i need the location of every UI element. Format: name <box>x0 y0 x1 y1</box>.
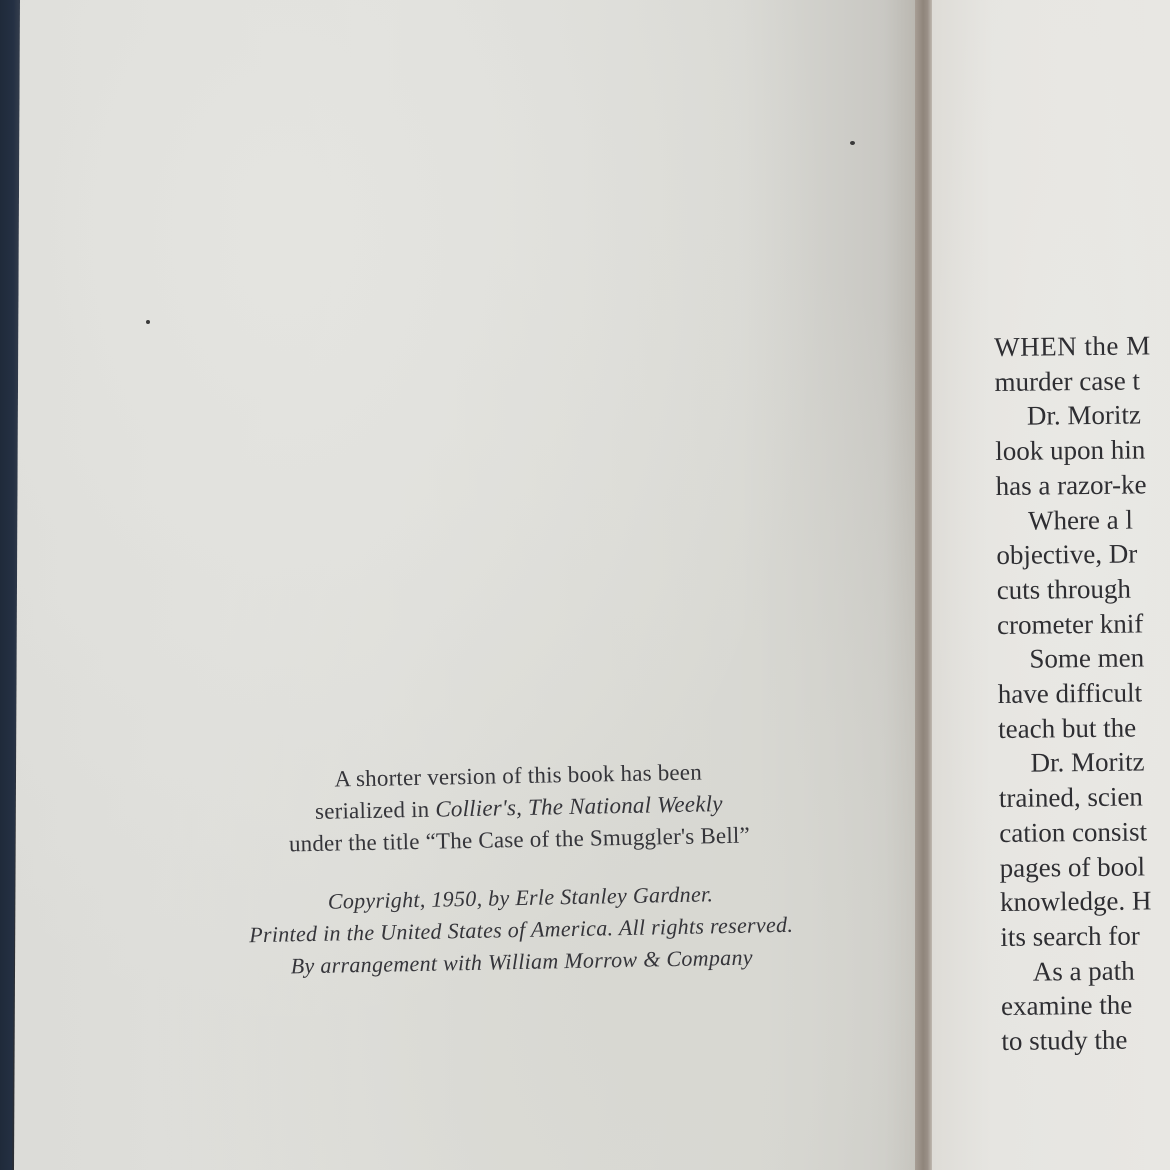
page-gutter <box>915 0 933 1170</box>
body-line: cuts through <box>997 569 1170 608</box>
body-line: to study the <box>1001 1020 1170 1059</box>
body-line: Dr. Moritz <box>998 742 1170 781</box>
copyright-imprint: A shorter version of this book has been … <box>168 753 872 984</box>
magazine-title: Collier's, The National Weekly <box>435 791 723 822</box>
left-page <box>14 0 920 1170</box>
serialization-note: A shorter version of this book has been … <box>168 753 870 862</box>
serial-line-2-prefix: serialized in <box>315 797 436 824</box>
chapter-body-text: WHEN the M murder case t Dr. Moritz look… <box>994 326 1170 1059</box>
body-line: teach but the <box>998 708 1170 747</box>
body-line: examine the <box>1001 985 1170 1024</box>
body-line: murder case t <box>994 361 1170 400</box>
body-line: cation consist <box>999 812 1170 851</box>
body-line: Where a l <box>996 499 1170 538</box>
ink-speck <box>850 141 855 145</box>
ink-speck <box>146 320 150 324</box>
body-line: knowledge. H <box>1000 881 1170 920</box>
body-line: have difficult <box>998 673 1170 712</box>
copyright-notice: Copyright, 1950, by Erle Stanley Gardner… <box>170 875 872 984</box>
body-line: trained, scien <box>999 777 1170 816</box>
body-line: As a path <box>1001 950 1170 989</box>
body-line: its search for <box>1000 916 1170 955</box>
body-line: WHEN the M <box>994 326 1170 365</box>
body-line: look upon hin <box>995 430 1170 469</box>
body-line: crometer knif <box>997 603 1170 642</box>
body-line: pages of bool <box>999 846 1170 885</box>
body-line: objective, Dr <box>996 534 1170 573</box>
body-line: Dr. Moritz <box>995 395 1170 434</box>
body-line: Some men <box>997 638 1170 677</box>
body-line: has a razor-ke <box>995 465 1170 504</box>
book-spread-photo: A shorter version of this book has been … <box>0 0 1170 1170</box>
